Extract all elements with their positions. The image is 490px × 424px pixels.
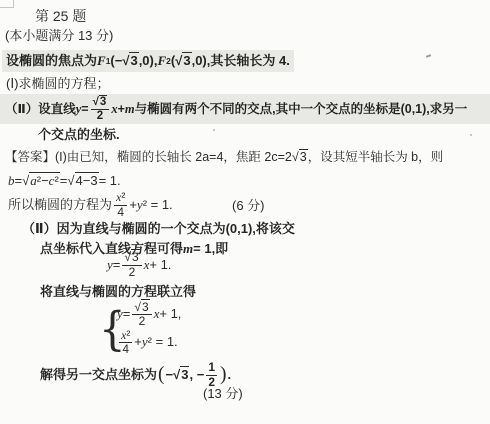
answer-b-formula: b = √a²−c² = √4−3 = 1. [8,171,121,191]
answer-line-equation: y = √32x + 1. [107,251,171,279]
scan-noise-speck [213,129,215,131]
answer-score-part1: (6 分) [232,198,265,215]
problem-part1: (Ⅰ)求椭圆的方程； [6,76,110,93]
question-number: 第 25 题 [35,7,86,25]
system-equation-2: x²4 + y² = 1. [117,329,178,356]
scanned-exam-page: 第 25 题 (本小题满分 13 分) 设椭圆的焦点为 F1(−√3 ,0),F… [0,0,490,424]
problem-given-statement: 设椭圆的焦点为 F1(−√3 ,0),F2(√3 ,0),其长轴长为 4. [2,50,294,72]
answer-header: 【答案】(I)由已知，椭圆的长轴长 2a=4，焦距 2c=2√3，设其短半轴长为… [5,146,443,168]
answer-part2-line1: （Ⅱ）因为直线与椭圆的一个交点为(0,1),将该交 [22,221,295,238]
answer-score-part2: (13 分) [203,386,243,403]
problem-part2-line1: （Ⅱ）设直线 y = √32x + m 与椭圆有两个不同的交点,其中一个交点的坐… [5,94,467,124]
problem-part2-line2: 个交点的坐标. [38,127,120,144]
score-note: (本小题满分 13 分) [5,28,113,45]
scan-noise-tick [426,54,431,57]
scan-noise-speck [470,134,472,136]
scan-corner-artifact [0,0,14,8]
system-equation-1: y = √32x + 1, [117,301,181,328]
answer-ellipse-equation: 所以椭圆的方程为x²4 + y² = 1. [8,191,173,219]
